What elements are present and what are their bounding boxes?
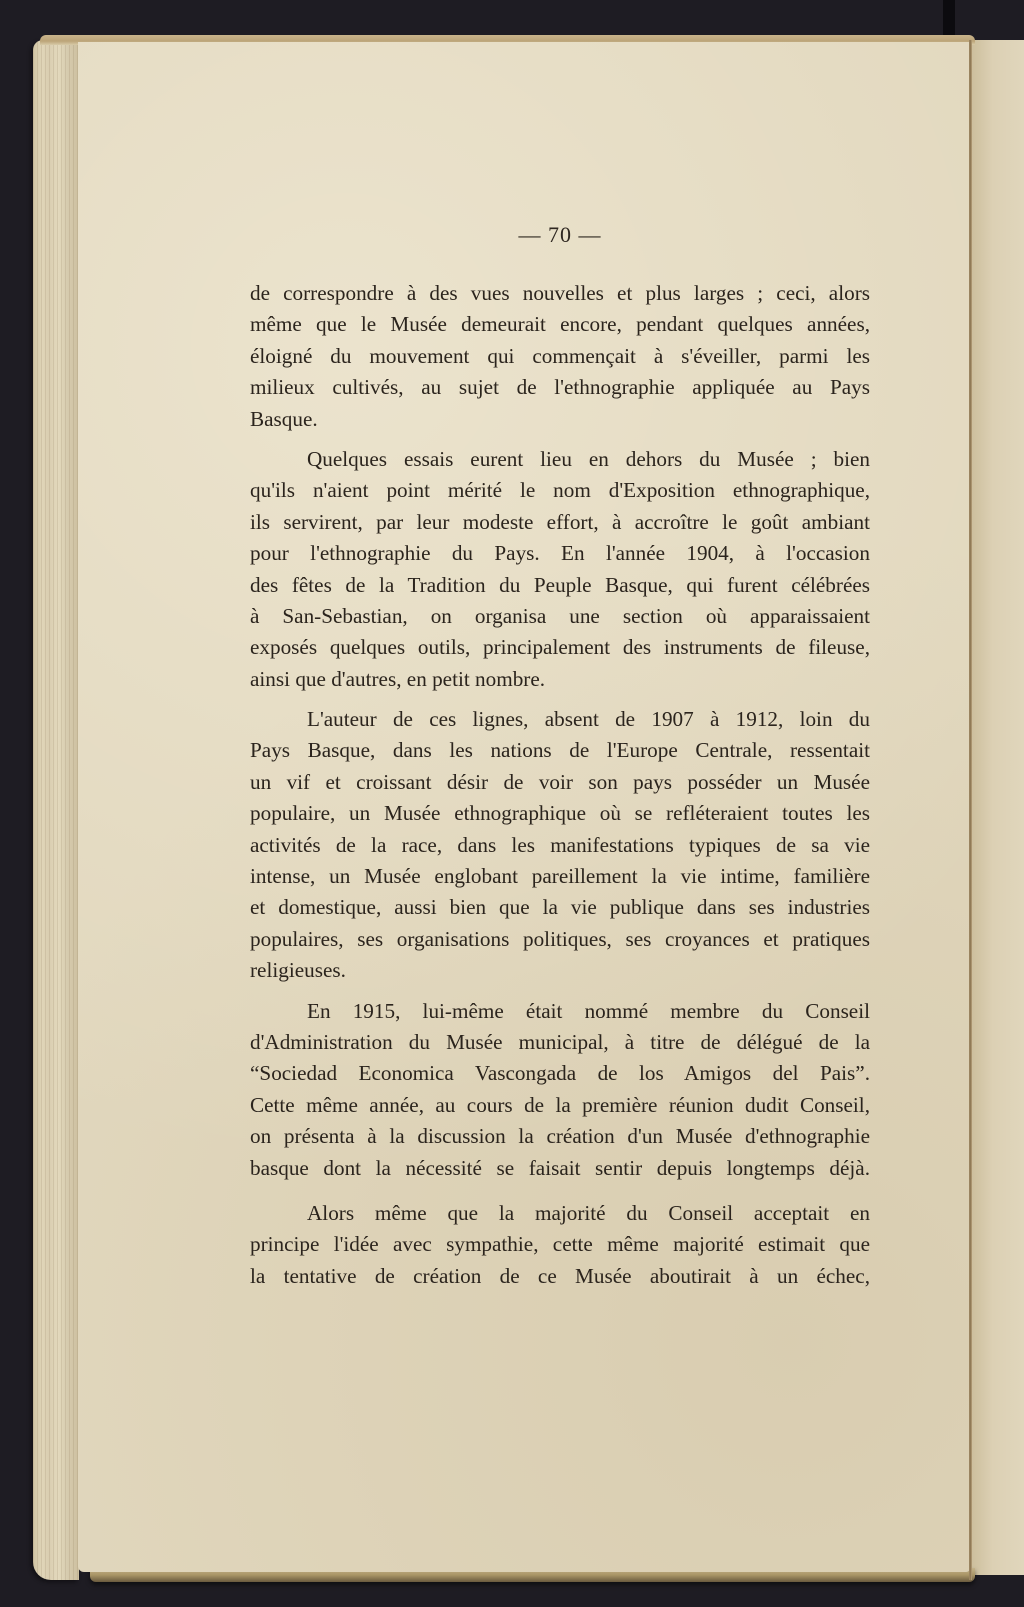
text-line: principe l'idée avec sympathie, cette mê… [250,1229,870,1260]
text-line: milieux cultivés, au sujet de l'ethnogra… [250,372,870,403]
text-line: exposés quelques outils, principalement … [250,632,870,663]
paragraph-2: Quelques essais eurent lieu en dehors du… [250,444,870,695]
text-line: ainsi que d'autres, en petit nombre. [250,664,870,695]
text-line: on présenta à la discussion la création … [250,1121,870,1152]
text-line: populaires, ses organisations politiques… [250,924,870,955]
body-text: de correspondre à des vues nouvelles et … [250,278,870,1292]
text-line: un vif et croissant désir de voir son pa… [250,767,870,798]
text-line: même que le Musée demeurait encore, pend… [250,309,870,340]
text-line: En 1915, lui-même était nommé membre du … [250,996,870,1027]
book-scan: — 70 — de correspondre à des vues nouvel… [0,0,1024,1607]
text-line: Quelques essais eurent lieu en dehors du… [250,444,870,475]
spine-shadow [943,0,955,38]
text-line: L'auteur de ces lignes, absent de 1907 à… [250,704,870,735]
text-line: intense, un Musée englobant pareillement… [250,861,870,892]
paragraph-5: Alors même que la majorité du Conseil ac… [250,1198,870,1292]
text-line: Basque. [250,404,870,435]
text-line: pour l'ethnographie du Pays. En l'année … [250,538,870,569]
text-line: qu'ils n'aient point mérité le nom d'Exp… [250,475,870,506]
text-line: et domestique, aussi bien que la vie pub… [250,892,870,923]
text-line: basque dont la nécessité se faisait sent… [250,1153,870,1184]
text-line: la tentative de création de ce Musée abo… [250,1261,870,1292]
text-line: de correspondre à des vues nouvelles et … [250,278,870,309]
book-gutter [969,40,972,1580]
text-line: Alors même que la majorité du Conseil ac… [250,1198,870,1229]
text-line: à San-Sebastian, on organisa une section… [250,601,870,632]
next-page-edge [972,40,1024,1575]
text-line: des fêtes de la Tradition du Peuple Basq… [250,570,870,601]
text-line: Pays Basque, dans les nations de l'Europ… [250,735,870,766]
page-stack-fore-edge [33,40,79,1580]
text-line: religieuses. [250,955,870,986]
text-line: éloigné du mouvement qui commençait à s'… [250,341,870,372]
paragraph-1: de correspondre à des vues nouvelles et … [250,278,870,435]
text-line: populaire, un Musée ethnographique où se… [250,798,870,829]
page-number: — 70 — [480,222,640,248]
paragraph-4: En 1915, lui-même était nommé membre du … [250,996,870,1184]
text-line: “Sociedad Economica Vascongada de los Am… [250,1058,870,1089]
text-line: activités de la race, dans les manifesta… [250,830,870,861]
paragraph-3: L'auteur de ces lignes, absent de 1907 à… [250,704,870,987]
text-line: d'Administration du Musée municipal, à t… [250,1027,870,1058]
text-line: Cette même année, au cours de la premièr… [250,1090,870,1121]
text-line: ils servirent, par leur modeste effort, … [250,507,870,538]
